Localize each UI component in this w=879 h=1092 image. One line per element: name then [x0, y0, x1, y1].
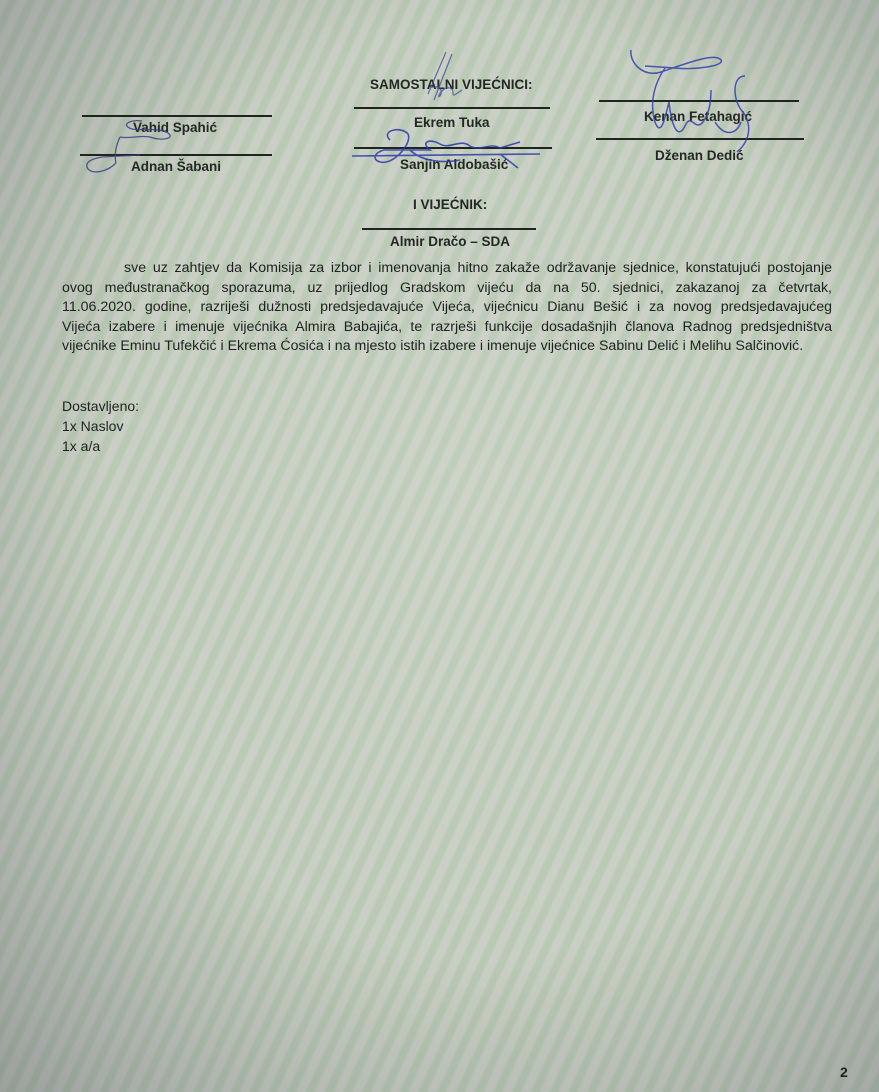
body-line: vijećnike Eminu Tufekčić i Ekrema Ćosića… — [62, 337, 832, 357]
distribution-label: Dostavljeno: — [62, 396, 139, 416]
signature-line-vahid-spahic — [82, 115, 272, 117]
signature-line-sanjin-aldobasic — [354, 147, 552, 149]
signatory-sanjin-aldobasic: Sanjin Aldobašić — [400, 157, 508, 172]
distribution-list: Dostavljeno: 1x Naslov 1x a/a — [62, 396, 139, 456]
signature-line-kenan-fetahagic — [599, 100, 799, 102]
body-paragraph: sve uz zahtjev da Komisija za izbor i im… — [62, 259, 832, 357]
body-line: ovog međustranačkog sporazuma, uz prijed… — [62, 279, 832, 299]
signatory-adnan-sabani: Adnan Šabani — [131, 159, 221, 174]
signatory-vahid-spahic: Vahid Spahić — [133, 120, 217, 135]
heading-independent-councillors: SAMOSTALNI VIJEĆNICI: — [370, 77, 533, 92]
signatory-kenan-fetahagic: Kenan Fetahagić — [644, 109, 752, 124]
body-line: sve uz zahtjev da Komisija za izbor i im… — [62, 259, 832, 279]
page-number: 2 — [840, 1064, 848, 1080]
signatory-ekrem-tuka: Ekrem Tuka — [414, 115, 490, 130]
signature-line-ekrem-tuka — [354, 107, 550, 109]
heading-councillor: I VIJEĆNIK: — [413, 197, 487, 212]
document-page: Vahid Spahić Adnan Šabani SAMOSTALNI VIJ… — [0, 0, 879, 1092]
distribution-item: 1x Naslov — [62, 416, 139, 436]
signature-line-dzenan-dedic — [596, 138, 804, 140]
distribution-item: 1x a/a — [62, 436, 139, 456]
signatory-dzenan-dedic: Dženan Dedić — [655, 148, 744, 163]
signature-line-adnan-sabani — [80, 154, 272, 156]
handwritten-signature-fetahagic — [625, 42, 775, 162]
body-line: 11.06.2020. godine, razriješi dužnosti p… — [62, 298, 832, 318]
signatory-almir-draco: Almir Dračo – SDA — [390, 234, 510, 249]
signature-line-almir-draco — [362, 228, 536, 230]
body-line: Vijeća izabere i imenuje vijećnika Almir… — [62, 318, 832, 338]
